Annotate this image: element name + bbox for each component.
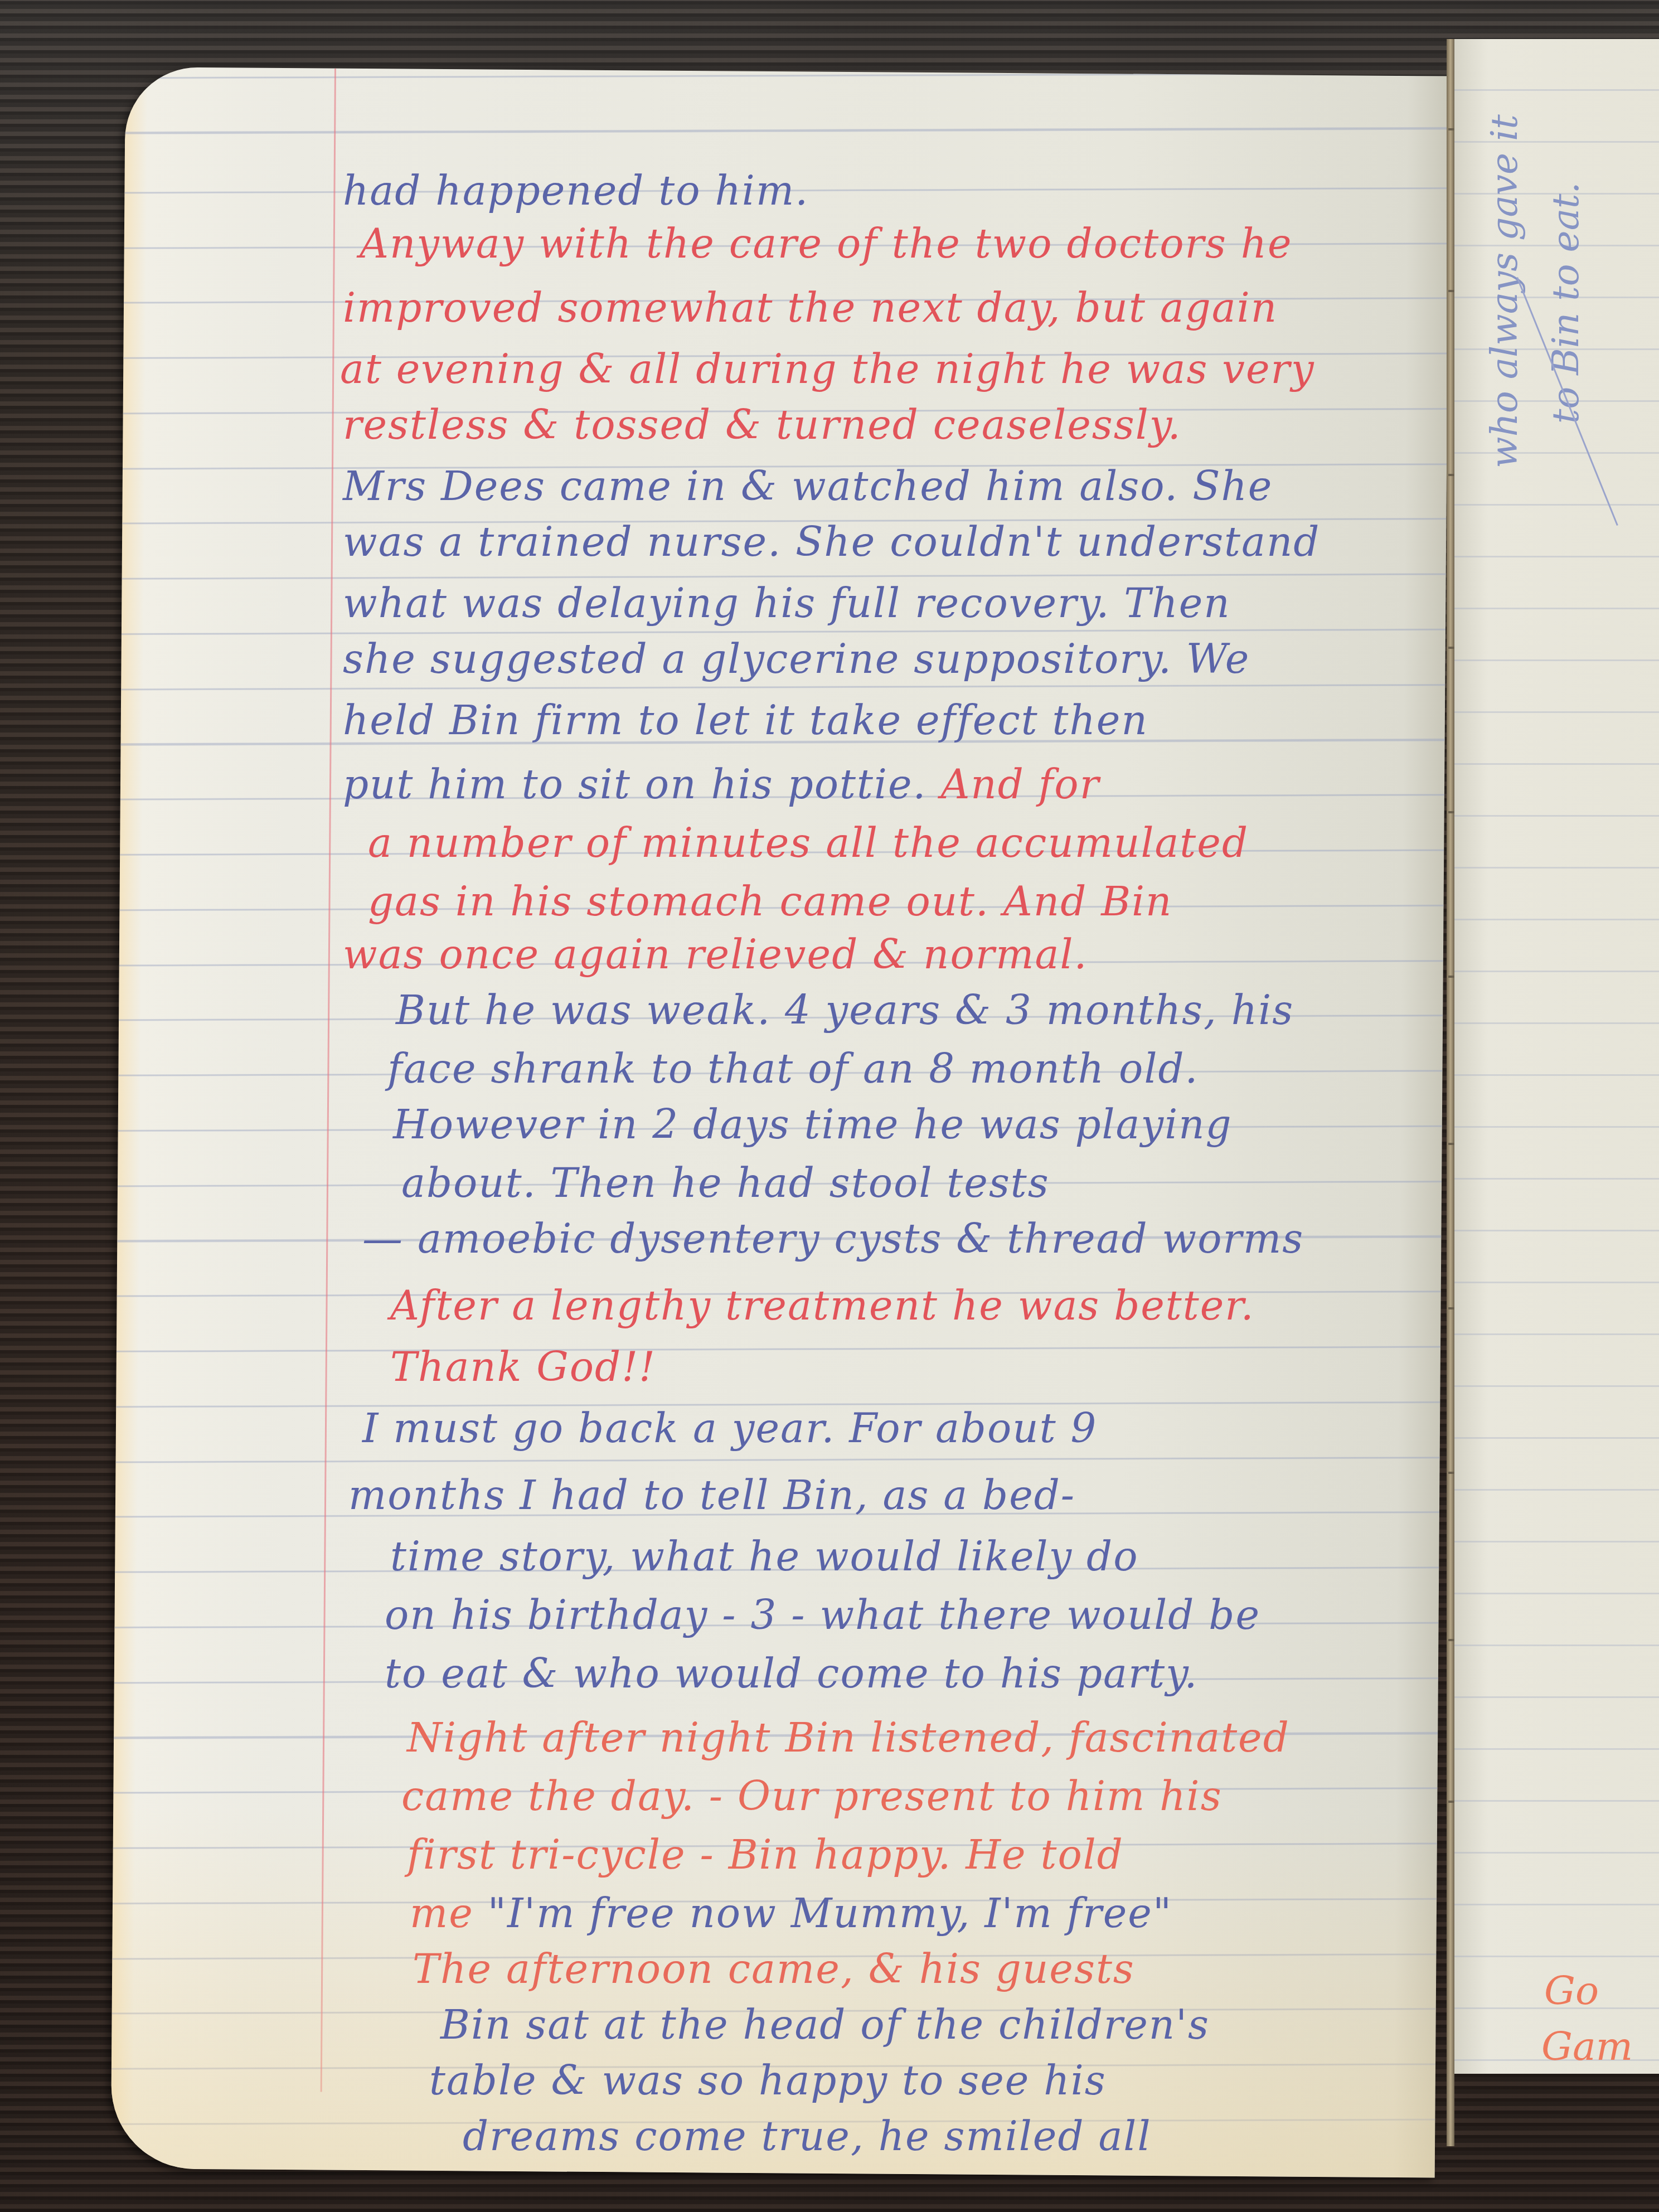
text-line: she suggested a glycerine suppository. W… [343,636,1250,682]
text-line: Mrs Dees came in & watched him also. She [343,463,1273,510]
text-line: about. Then he had stool tests [401,1160,1050,1206]
text-line: had happened to him. [343,167,809,214]
text-segment: me [410,1890,474,1937]
text-line: Night after night Bin listened, fascinat… [407,1714,1290,1761]
text-line: time story, what he would likely do [390,1533,1139,1580]
text-line: restless & tossed & turned ceaselessly. [343,401,1182,448]
text-line: gas in his stomach came out. And Bin [368,878,1172,925]
text-line: a number of minutes all the accumulated [368,819,1249,866]
text-line: Anyway with the care of the two doctors … [360,220,1293,267]
text-line: improved somewhat the next day, but agai… [343,284,1278,331]
text-line: me "I'm free now Mummy, I'm free" [410,1890,1172,1937]
text-line: was a trained nurse. She couldn't unders… [343,518,1320,565]
text-segment: And for [940,761,1100,808]
text-line: I must go back a year. For about 9 [362,1405,1097,1452]
text-line: came the day. - Our present to him his [401,1773,1223,1820]
text-line: table & was so happy to see his [429,2057,1107,2104]
text-line: Bin sat at the head of the children's [440,2001,1210,2048]
text-line: first tri-cycle - Bin happy. He told [407,1831,1124,1878]
text-line: held Bin firm to let it take effect then [343,697,1148,744]
margin-note-line-2: to Bin to eat. [1544,182,1587,424]
text-line: was once again relieved & normal. [343,931,1088,978]
text-line: to eat & who would come to his party. [385,1650,1198,1697]
text-line: Thank God!! [390,1343,656,1390]
text-line: on his birthday - 3 - what there would b… [385,1592,1260,1638]
margin-note-line-1: who always gave it [1483,114,1526,468]
text-segment: put him to sit on his pottie. [343,761,926,808]
text-line: The afternoon came, & his guests [413,1946,1135,1992]
text-line: However in 2 days time he was playing [393,1101,1233,1148]
text-line: After a lengthy treatment he was better. [390,1282,1255,1329]
text-line: months I had to tell Bin, as a bed- [348,1472,1075,1519]
text-line: But he was weak. 4 years & 3 months, his [396,987,1294,1034]
text-line: — amoebic dysentery cysts & thread worms [362,1215,1304,1262]
text-line: what was delaying his full recovery. The… [343,580,1231,627]
text-line: face shrank to that of an 8 month old. [387,1045,1199,1092]
notebook-spine [1447,39,1454,2146]
right-page-footer-line-2: Gam [1541,2024,1633,2069]
text-segment: "I'm free now Mummy, I'm free" [488,1890,1172,1937]
right-page-footer-line-1: Go [1544,1968,1599,2014]
text-line: at evening & all during the night he was… [340,346,1315,392]
text-line: dreams come true, he smiled all [463,2113,1151,2160]
text-line: put him to sit on his pottie. And for [343,761,1100,808]
